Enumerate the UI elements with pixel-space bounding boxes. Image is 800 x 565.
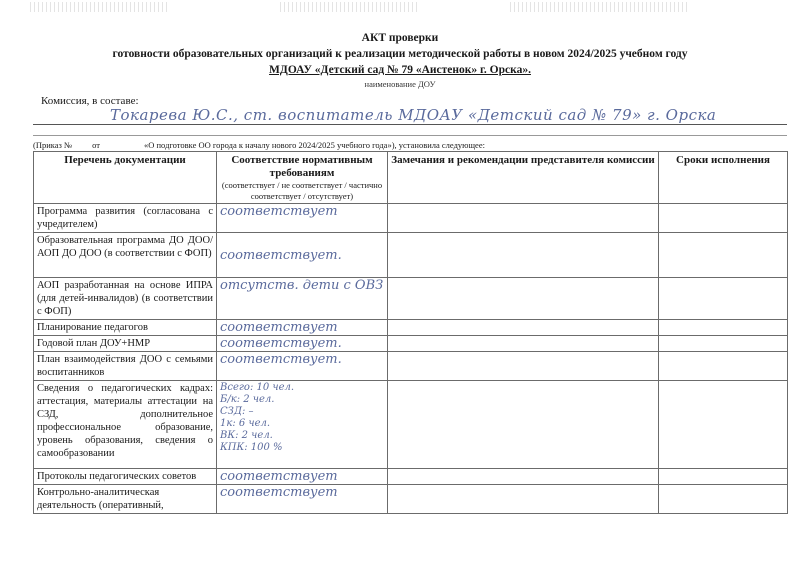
scan-artifact xyxy=(280,2,420,12)
deadline-cell xyxy=(659,381,788,469)
compliance-cell: соответствует xyxy=(217,320,388,336)
remarks-cell xyxy=(388,352,659,381)
document-cell: Контрольно-аналитическая деятельность (о… xyxy=(34,485,217,514)
inspection-table: Перечень документации Соответствие норма… xyxy=(33,151,788,514)
table-row: План взаимодействия ДОО с семьями воспит… xyxy=(34,352,788,381)
scan-artifact xyxy=(30,2,170,12)
table-row: Программа развития (согласована с учреди… xyxy=(34,204,788,233)
compliance-cell: соответствует xyxy=(217,469,388,485)
document-cell: Образовательная программа ДО ДОО/ АОП ДО… xyxy=(34,233,217,278)
compliance-cell: отсутств. дети с ОВЗ xyxy=(217,278,388,320)
document-subtitle: готовности образовательных организаций к… xyxy=(0,46,800,62)
deadline-cell xyxy=(659,336,788,352)
order-text: «О подготовке ОО города к началу нового … xyxy=(144,140,485,150)
table-row: Образовательная программа ДО ДОО/ АОП ДО… xyxy=(34,233,788,278)
order-reference: (Приказ №от«О подготовке ОО города к нач… xyxy=(33,140,485,150)
compliance-cell: соответствует. xyxy=(217,233,388,278)
remarks-cell xyxy=(388,204,659,233)
table-row: АОП разработанная на основе ИПРА (для де… xyxy=(34,278,788,320)
table-row: Годовой план ДОУ+НМР соответствует. xyxy=(34,336,788,352)
table-row: Протоколы педагогических советов соответ… xyxy=(34,469,788,485)
remarks-cell xyxy=(388,320,659,336)
organization-caption: наименование ДОУ xyxy=(0,78,800,90)
document-cell: АОП разработанная на основе ИПРА (для де… xyxy=(34,278,217,320)
header-deadline: Сроки исполнения xyxy=(659,152,788,204)
deadline-cell xyxy=(659,278,788,320)
compliance-cell: соответствует. xyxy=(217,336,388,352)
table-row: Контрольно-аналитическая деятельность (о… xyxy=(34,485,788,514)
deadline-cell xyxy=(659,485,788,514)
deadline-cell xyxy=(659,204,788,233)
document-cell: Годовой план ДОУ+НМР xyxy=(34,336,217,352)
document-cell: Сведения о педагогических кадрах: аттест… xyxy=(34,381,217,469)
document-title: АКТ проверки xyxy=(0,30,800,46)
deadline-cell xyxy=(659,320,788,336)
remarks-cell xyxy=(388,485,659,514)
order-from: от xyxy=(92,140,100,150)
document-cell: План взаимодействия ДОО с семьями воспит… xyxy=(34,352,217,381)
header-documents: Перечень документации xyxy=(34,152,217,204)
compliance-cell: соответствует xyxy=(217,204,388,233)
scan-artifact xyxy=(510,2,690,12)
table-row: Планирование педагогов соответствует xyxy=(34,320,788,336)
commission-handwritten: Токарева Ю.С., ст. воспитатель МДОАУ «Де… xyxy=(110,106,790,124)
remarks-cell xyxy=(388,233,659,278)
remarks-cell xyxy=(388,381,659,469)
header-remarks: Замечания и рекомендации представителя к… xyxy=(388,152,659,204)
compliance-cell: Всего: 10 чел. Б/к: 2 чел. СЗД: – 1к: 6 … xyxy=(217,381,388,469)
header-compliance: Соответствие нормативным требованиям(соо… xyxy=(217,152,388,204)
order-prefix: (Приказ № xyxy=(33,140,72,150)
table-row: Сведения о педагогических кадрах: аттест… xyxy=(34,381,788,469)
remarks-cell xyxy=(388,278,659,320)
remarks-cell xyxy=(388,469,659,485)
document-header: АКТ проверки готовности образовательных … xyxy=(0,30,800,90)
deadline-cell xyxy=(659,233,788,278)
table-header-row: Перечень документации Соответствие норма… xyxy=(34,152,788,204)
commission-underline-2 xyxy=(33,135,787,136)
remarks-cell xyxy=(388,336,659,352)
organization-name: МДОАУ «Детский сад № 79 «Аистенок» г. Ор… xyxy=(0,62,800,78)
deadline-cell xyxy=(659,352,788,381)
compliance-cell: соответствует xyxy=(217,485,388,514)
document-cell: Протоколы педагогических советов xyxy=(34,469,217,485)
document-cell: Программа развития (согласована с учреди… xyxy=(34,204,217,233)
commission-underline xyxy=(33,124,787,125)
deadline-cell xyxy=(659,469,788,485)
document-cell: Планирование педагогов xyxy=(34,320,217,336)
compliance-cell: соответствует. xyxy=(217,352,388,381)
